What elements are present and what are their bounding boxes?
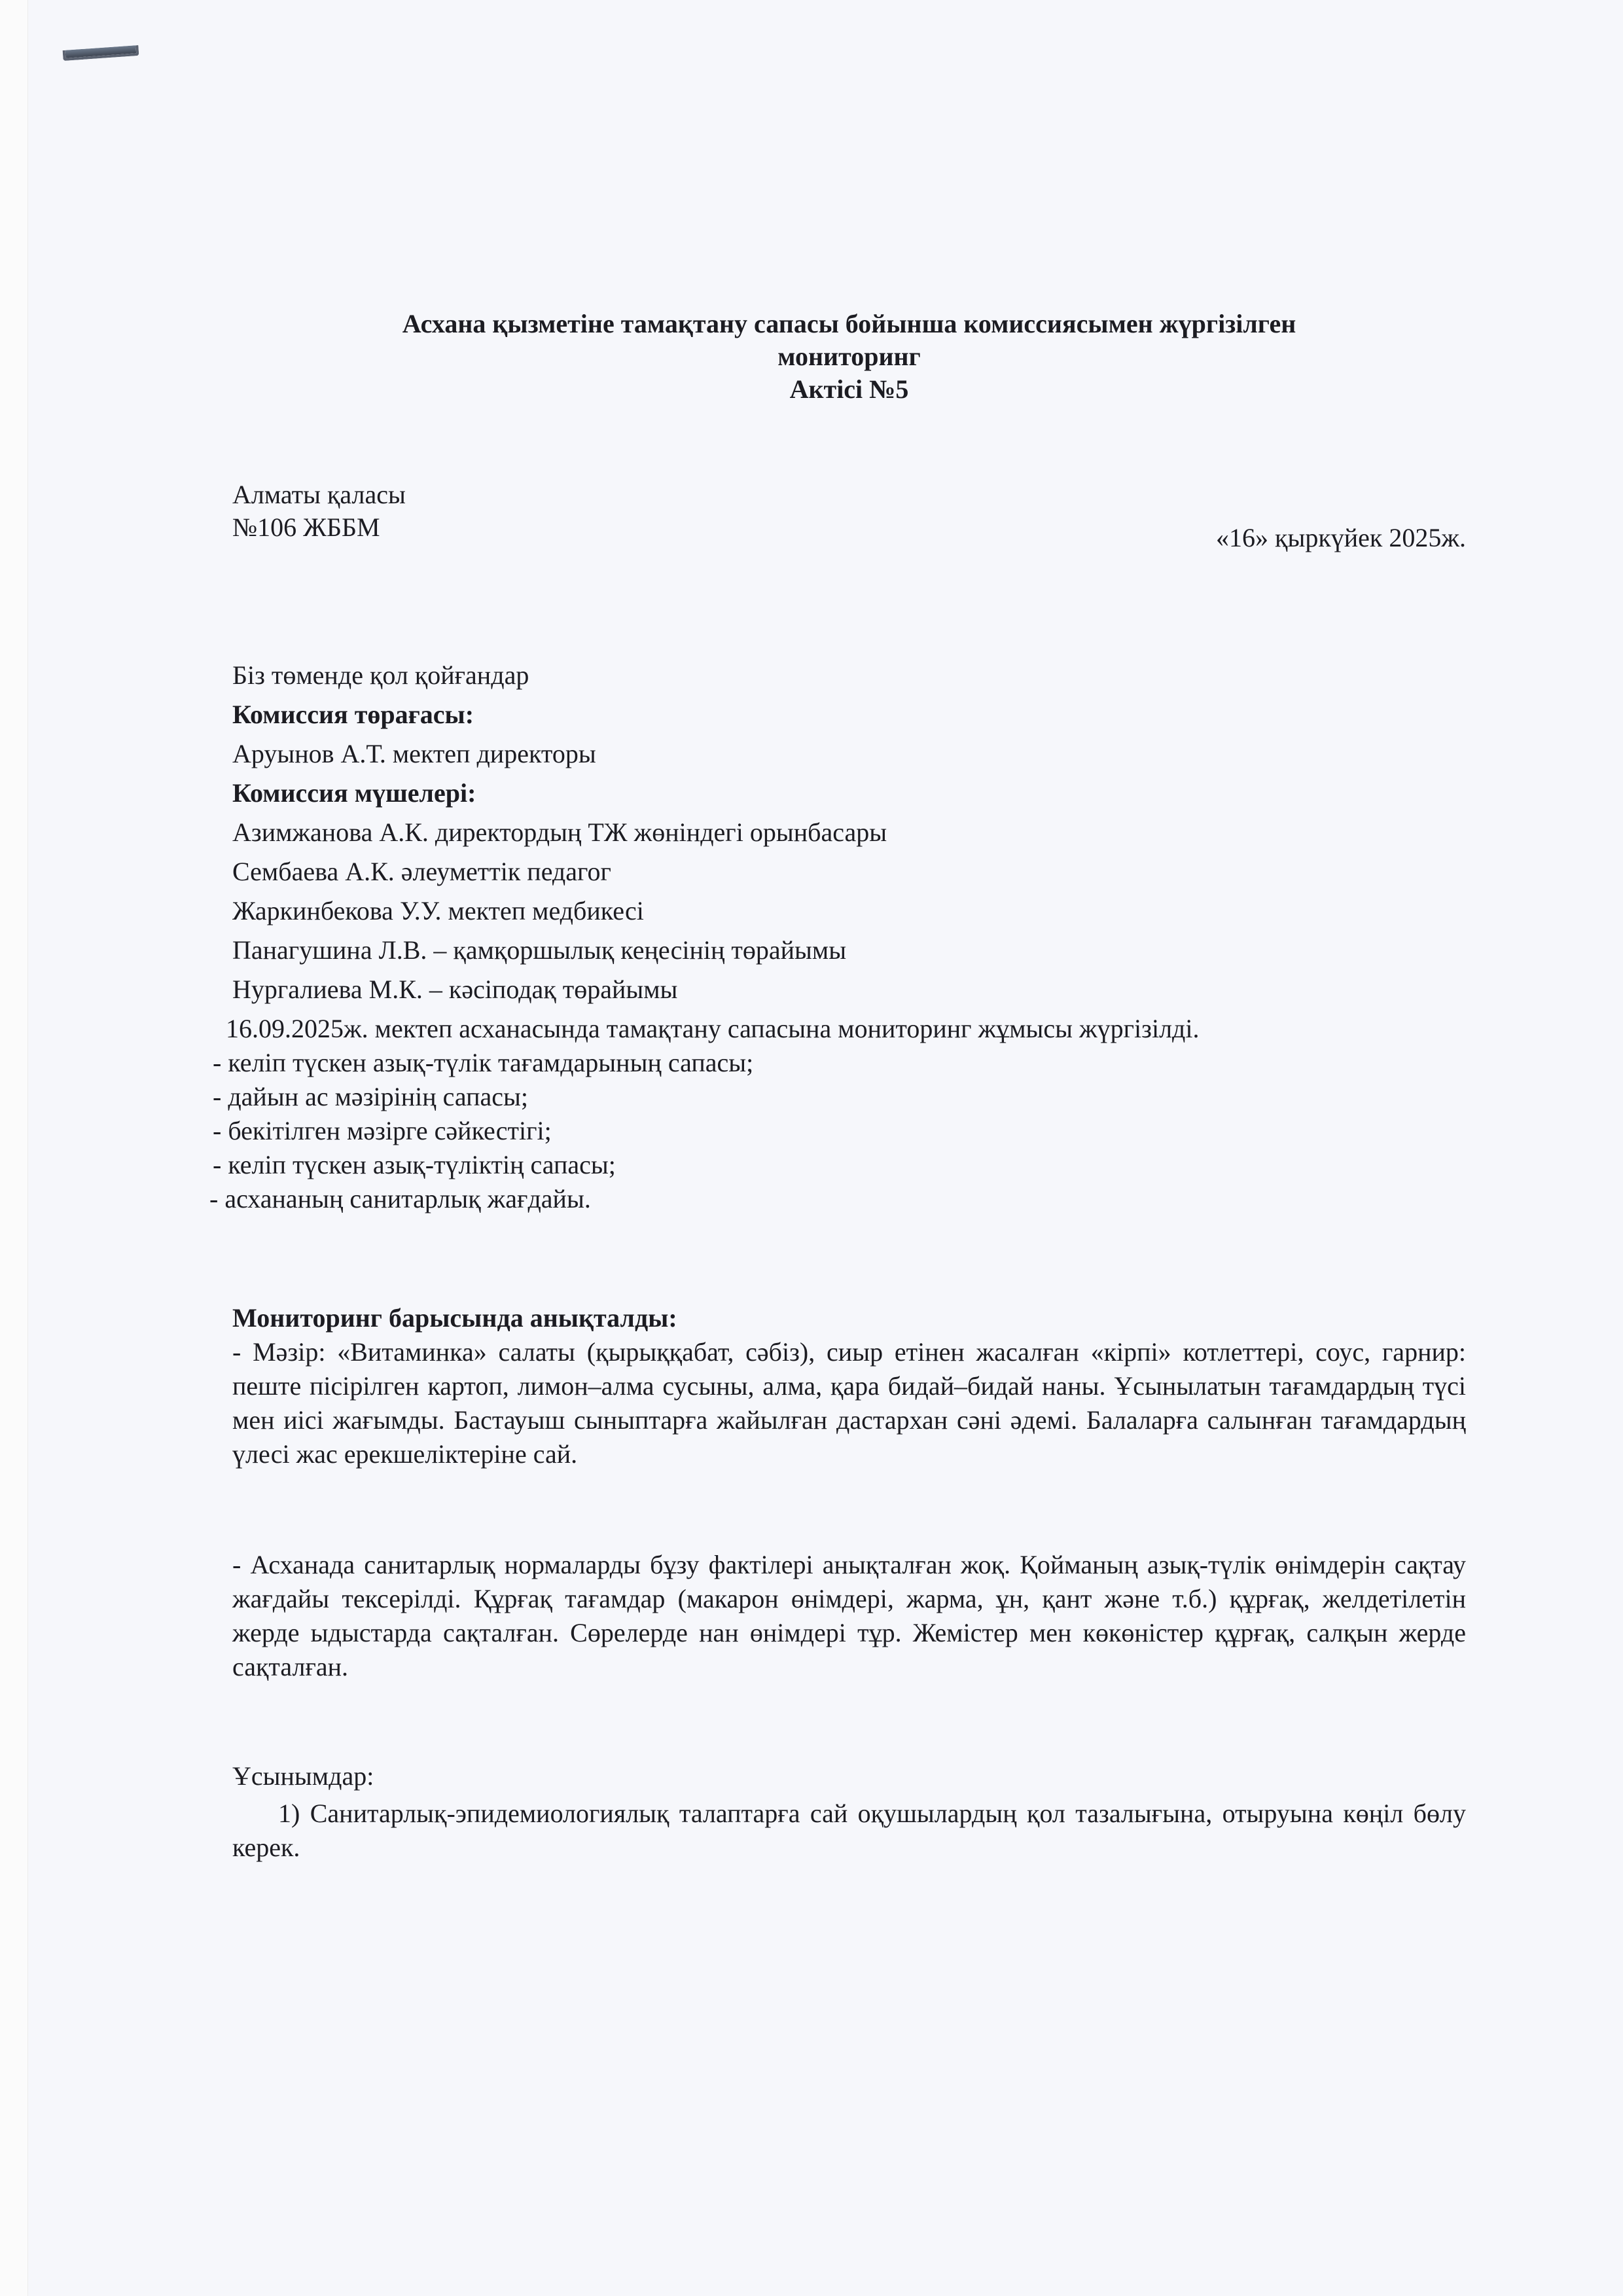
recommendation-1: 1) Санитарлық-эпидемиологиялық талаптарғ…	[232, 1797, 1466, 1865]
chair-heading: Комиссия төрағасы:	[232, 699, 474, 730]
member-4: Панагушина Л.В. – қамқоршылық кеңесінің …	[232, 935, 846, 966]
member-3: Жаркинбекова У.У. мектеп медбикесі	[232, 895, 644, 927]
member-5: Нургалиева М.К. – кәсіподақ төрайымы	[232, 974, 677, 1005]
finding-menu: - Мәзір: «Витаминка» салаты (қырыққабат,…	[232, 1335, 1466, 1471]
title-line-1: Асхана қызметіне тамақтану сапасы бойынш…	[232, 308, 1466, 340]
check-item-4: - келіп түскен азық-түліктің сапасы;	[213, 1149, 616, 1181]
check-item-5: - асхананың санитарлық жағдайы.	[209, 1183, 591, 1215]
check-item-3: - бекітілген мәзірге сәйкестігі;	[213, 1115, 552, 1147]
school-name: №106 ЖББМ	[232, 512, 380, 543]
scan-margin-strip	[0, 0, 28, 2296]
title-line-3: Актісі №5	[232, 373, 1466, 406]
intro-text: Біз төменде қол қойғандар	[232, 660, 529, 691]
document-title: Асхана қызметіне тамақтану сапасы бойынш…	[232, 308, 1466, 406]
member-1: Азимжанова А.К. директордың ТЖ жөніндегі…	[232, 817, 887, 848]
member-2: Сембаева А.К. әлеуметтік педагог	[232, 856, 611, 888]
members-heading: Комиссия мүшелері:	[232, 778, 476, 809]
chair-name: Аруынов А.Т. мектеп директоры	[232, 738, 596, 770]
recommendations-heading: Ұсынымдар:	[232, 1761, 374, 1792]
finding-sanitary: - Асханада санитарлық нормаларды бұзу фа…	[232, 1548, 1466, 1684]
check-item-2: - дайын ас мәзірінің сапасы;	[213, 1081, 528, 1113]
city: Алматы қаласы	[232, 479, 406, 511]
findings-heading: Мониторинг барысында анықталды:	[232, 1302, 677, 1334]
title-line-2: мониторинг	[232, 340, 1466, 373]
document-date: «16» қыркүйек 2025ж.	[1216, 522, 1466, 554]
staple-mark	[63, 45, 139, 61]
check-item-1: - келіп түскен азық-түлік тағамдарының с…	[213, 1047, 753, 1079]
monitoring-statement: 16.09.2025ж. мектеп асханасында тамақтан…	[226, 1013, 1200, 1045]
